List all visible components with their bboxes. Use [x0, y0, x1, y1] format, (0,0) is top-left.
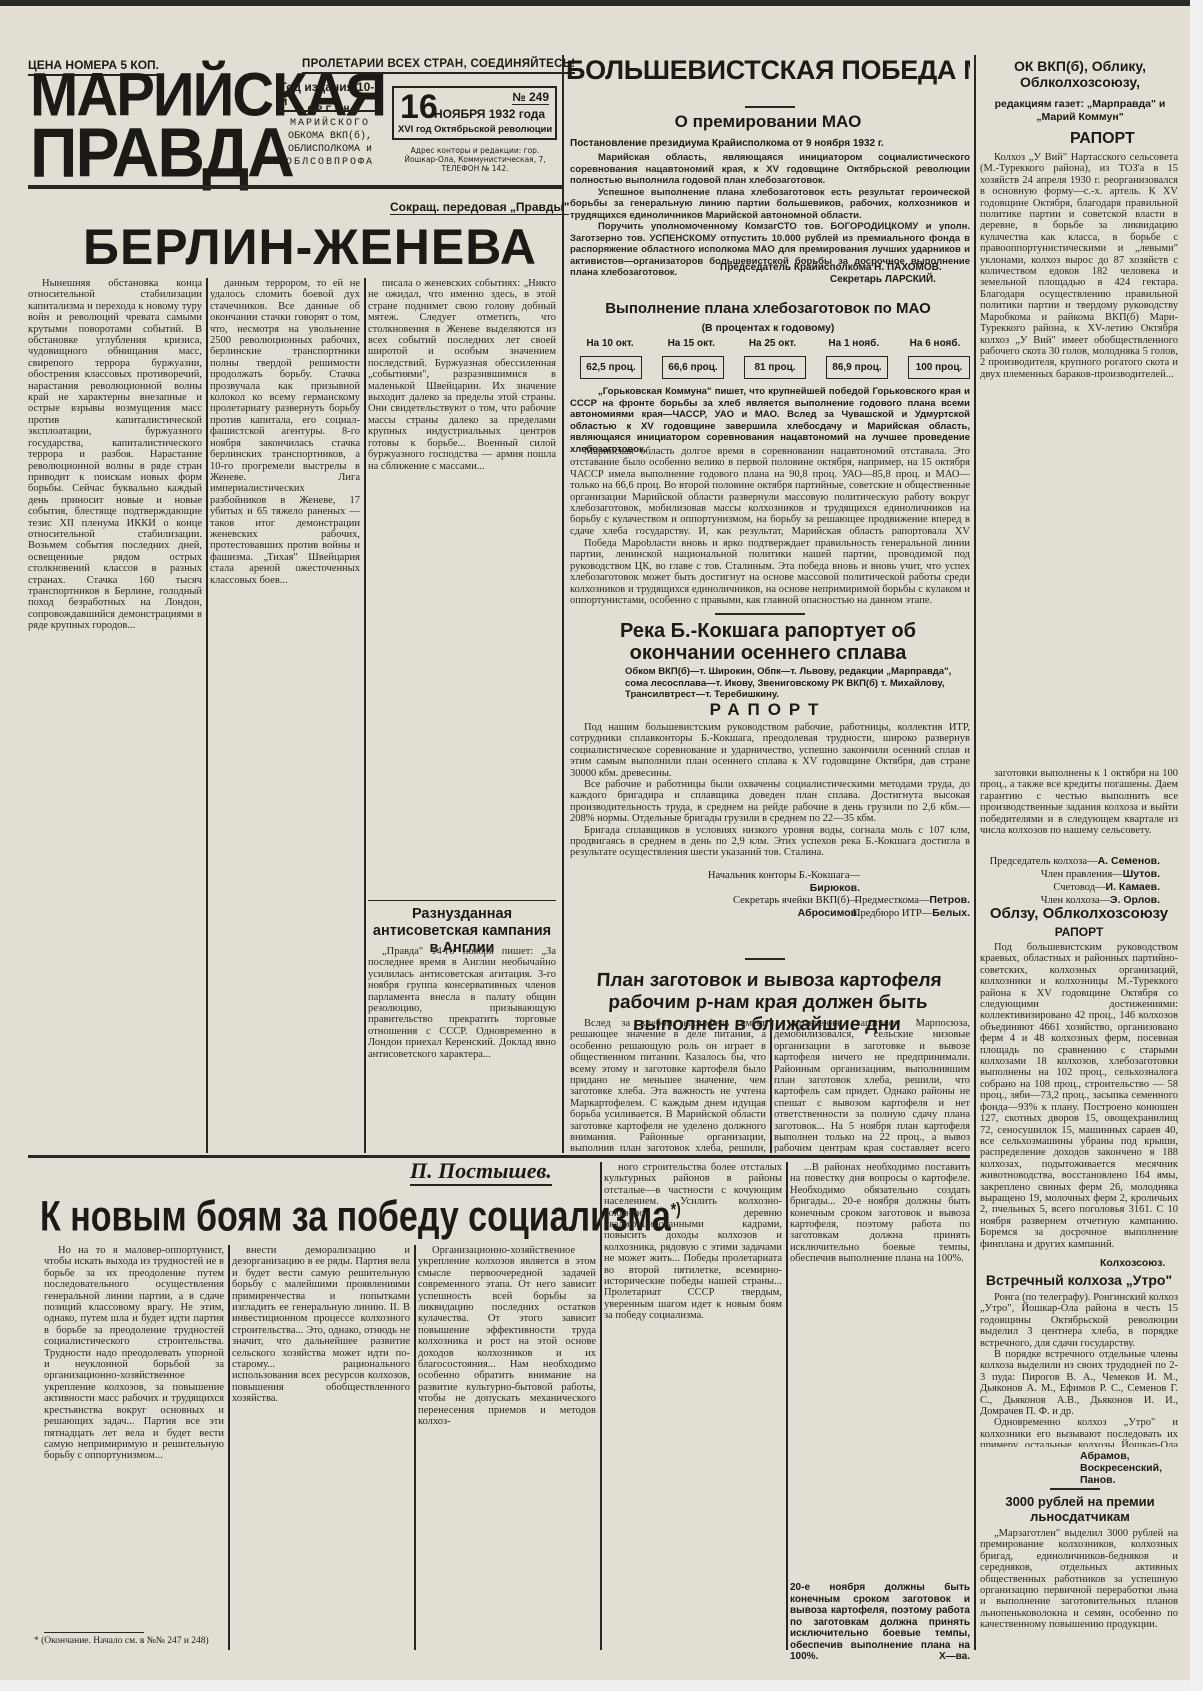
plan-date: На 25 окт. [738, 338, 808, 349]
column-rule [770, 1018, 772, 1153]
paragraph: „Марзаготлен" выделил 3000 рублей на пре… [980, 1528, 1178, 1631]
berlin-col-2: данным террором, то ей не удалось сломит… [210, 278, 360, 1148]
organ-line: ОБЛИСПОЛКОМА и [280, 143, 380, 156]
rapport-heading-2: РАПОРТ [980, 925, 1178, 939]
postyshev-headline: К новым боям за победу социализма*) [40, 1193, 681, 1242]
sig-role: Член правления— [1041, 869, 1123, 880]
potato-col-1: Вслед за хлебом картофель имеет решающее… [570, 1018, 766, 1153]
signature-line: Председатель колхоза—А. Семенов. [980, 855, 1160, 868]
paragraph: писала о женевских событиях: „Никто не о… [368, 278, 556, 472]
paragraph: Под нашим большевистским руководством ра… [570, 722, 970, 779]
newspaper-title: МАРИЙСКАЯ ПРАВДА [30, 69, 265, 182]
sig-role: Счетовод— [1053, 882, 1105, 893]
scan-top-edge [0, 0, 1203, 6]
footnote-rule [44, 1632, 144, 1633]
signature: Х—ва. [939, 1651, 970, 1663]
paragraph: Победа Марobласти вновь и ярко подтвержд… [570, 538, 970, 606]
column-rule [206, 278, 208, 1153]
organ-line: ОБКОМА ВКП(б), [280, 130, 380, 143]
paragraph: „Горьковская Коммуна" пишет, что крупней… [570, 386, 970, 455]
plan-values-row: 62,5 проц. 66,6 проц. 81 проц. 86,9 проц… [580, 356, 970, 379]
decree-text: Марийская область, являющаяся инициаторо… [570, 152, 970, 279]
right-top-addressees: ОК ВКП(б), Облику, Облколхозсоюзу, [980, 58, 1180, 90]
footnote: * (Окончание. Начало см. в №№ 247 и 248) [34, 1636, 209, 1646]
paragraph: ...В районах необходимо поставить на пов… [790, 1162, 970, 1265]
date-day: 16 [400, 88, 438, 127]
postyshev-col-1: Но на то я маловер-оппортунист, чтобы ис… [44, 1245, 224, 1625]
paragraph: Вслед за хлебом картофель имеет решающее… [570, 1018, 766, 1153]
paragraph: Марийская область, являющаяся инициаторо… [570, 152, 970, 187]
kokshaga-rapport: РАПОРТ [566, 700, 970, 720]
gorky-para-2: Марийская область долгое время в соревно… [570, 446, 970, 536]
scan-right-edge [1190, 0, 1203, 1691]
paragraph: Но на то я маловер-оппортунист, чтобы ис… [44, 1245, 224, 1462]
slogan: ПРОЛЕТАРИИ ВСЕХ СТРАН, СОЕДИНЯЙТЕСЬ! [302, 58, 575, 74]
organ-line: МАРИЙСКОГО [280, 117, 380, 130]
paragraph: Бригада сплавщиков в условиях низкого ур… [570, 825, 970, 859]
column-rule [600, 1162, 602, 1650]
date-month-year: НОЯБРЯ 1932 года [434, 107, 545, 121]
utro-title: Встречный колхоза „Утро" [980, 1272, 1178, 1288]
paragraph: Организационно-хозяйственное укрепление … [418, 1245, 596, 1428]
plan-value: 62,5 проц. [580, 356, 642, 379]
postyshev-col-2: внести деморализацию и дезорганизацию в … [232, 1245, 410, 1650]
address-line: Йошкар-Ола, Коммунистическая, 7, [390, 155, 560, 164]
anglia-text: „Правда" 14-го ноября пишет: „За последн… [368, 946, 556, 1154]
signature-line: Панов. [1080, 1474, 1162, 1486]
postyshev-col-4: ного строительства более отсталых культу… [604, 1162, 782, 1650]
address-line: ТЕЛЕФОН № 142. [390, 164, 560, 173]
plan-date: На 1 нояб. [819, 338, 889, 349]
signature-line: Предбюро ИТР—Белых. [760, 907, 970, 920]
berlin-col-3-tail [368, 860, 556, 900]
main-column-rule [562, 55, 564, 1153]
kokshaga-text: Под нашим большевистским руководством ра… [570, 722, 970, 870]
berlin-col-1: Нынешняя обстановка конца относительной … [28, 278, 202, 1183]
postyshev-author: П. Постышев. [410, 1158, 552, 1186]
berlin-col-3: писала о женевских событиях: „Никто не о… [368, 278, 556, 858]
organ-line: ОБЛСОВПРОФА [280, 156, 380, 169]
signature-line: Член правления—Шутов. [980, 868, 1160, 881]
sig-role: Предместкома— [855, 895, 930, 906]
rapport-heading-1: РАПОРТ [1070, 130, 1135, 148]
potato-closing: 20-е ноября должны быть конечным сроком … [790, 1582, 970, 1663]
headline-text: К новым боям за победу социализма [40, 1193, 671, 1241]
column-rule [364, 278, 366, 1153]
column-rule [228, 1245, 230, 1650]
rapport-2-text: Под большевистским руководством краевых,… [980, 942, 1178, 1255]
date-box: 16 № 249 НОЯБРЯ 1932 года XVI год Октябр… [392, 86, 557, 140]
paragraph: Марийская область долгое время в соревно… [570, 446, 970, 536]
berlin-source: Сокращ. передовая „Правды" [390, 200, 569, 215]
short-rule [745, 106, 795, 108]
plan-date: На 6 нояб. [900, 338, 970, 349]
paragraph: „Правда" 14-го ноября пишет: „За последн… [368, 946, 556, 1060]
issue-number: № 249 [512, 90, 549, 105]
plan-date: На 10 окт. [575, 338, 645, 349]
potato-col-3: ...В районах необходимо поставить на пов… [790, 1162, 970, 1580]
paragraph: внести деморализацию и дезорганизацию в … [232, 1245, 410, 1405]
kokshaga-signatures-2: Предместкома—Петров. Предбюро ИТР—Белых. [760, 894, 970, 920]
sig-role: Председатель колхоза— [990, 856, 1098, 867]
postyshev-col-3: Организационно-хозяйственное укрепление … [418, 1245, 596, 1650]
closing-text: 20-е ноября должны быть конечным сроком … [790, 1582, 970, 1662]
paragraph: Все рабочие и работницы были охвачены со… [570, 779, 970, 825]
address-line: Адрес конторы и редакции: гор. [390, 146, 560, 155]
sig-name: Петров. [929, 894, 970, 906]
sig-name: И. Камаев. [1106, 881, 1160, 893]
paragraph: Успешное выполнение плана хлебозаготовок… [570, 187, 970, 222]
gorky-bold-para: „Горьковская Коммуна" пишет, что крупней… [570, 386, 970, 455]
paragraph: Одновременно колхоз „Утро" и колхозники … [980, 1417, 1178, 1447]
utro-signatures: Абрамов, Воскресенский, Панов. [1080, 1450, 1162, 1486]
short-rule [745, 958, 785, 960]
right-column-rule [974, 55, 976, 1650]
sig-name: Шутов. [1123, 868, 1160, 880]
paragraph: Под большевистским руководством краевых,… [980, 942, 1178, 1250]
right-top-papers: редакциям газет: „Марправда" и „Марий Ко… [980, 98, 1180, 124]
plan-value: 86,9 проц. [826, 356, 888, 379]
plan-value: 66,6 проц. [662, 356, 724, 379]
signature-line: Предместкома—Петров. [760, 894, 970, 907]
section-rule [715, 613, 805, 615]
revolution-year: XVI год Октябрьской революции [398, 124, 552, 135]
flax-text: „Марзаготлен" выделил 3000 рублей на пре… [980, 1528, 1178, 1638]
signature-line: Счетовод—И. Камаев. [980, 881, 1160, 894]
signature-chairman: Председатель Крайисполкома Н. ПАХОМОВ. [720, 262, 942, 273]
paragraph: ного строительства более отсталых культу… [604, 1162, 782, 1322]
rapport-1-signatures: Председатель колхоза—А. Семенов. Член пр… [980, 855, 1160, 907]
sig-name: Белых. [932, 907, 970, 919]
sig-name: Бирюков. [810, 882, 860, 894]
decree-line: Постановление президиума Крайисполкома о… [570, 138, 970, 149]
scan-bottom-edge [0, 1680, 1203, 1691]
title-line-2: ПРАВДА [30, 122, 265, 183]
signature-line: Абрамов, [1080, 1450, 1162, 1462]
mao-headline: БОЛЬШЕВИСТСКАЯ ПОБЕДА МАО [566, 55, 970, 86]
newspaper-page: ЦЕНА НОМЕРА 5 КОП. МАРИЙСКАЯ ПРАВДА ПРОЛ… [0, 0, 1203, 1691]
short-rule [1050, 1488, 1100, 1490]
signature-line: Начальник конторы Б.-Кокшага—Бирюков. [690, 870, 860, 895]
signature-secretary: Секретарь ЛАРСКИЙ. [830, 274, 936, 285]
plan-value: 81 проц. [744, 356, 806, 379]
signature-line: Воскресенский, [1080, 1462, 1162, 1474]
plan-value: 100 проц. [908, 356, 970, 379]
gorky-para-3: Победа Марobласти вновь и ярко подтвержд… [570, 538, 970, 606]
plan-date: На 15 окт. [656, 338, 726, 349]
berlin-headline: БЕРЛИН-ЖЕНЕВА [60, 218, 560, 276]
section-rule [368, 900, 556, 901]
rapport-2-signature: Колхозсоюз. [1100, 1257, 1165, 1269]
paragraph: данным террором, то ей не удалось сломит… [210, 278, 360, 586]
rapport-1-text: Колхоз „У Вий" Нартасского сельсовета (М… [980, 152, 1178, 768]
sig-role: Предбюро ИТР— [853, 908, 932, 919]
sig-role: Начальник конторы Б.-Кокшага— [708, 870, 860, 881]
paragraph: заготовки выполнены к 1 октября на 100 п… [980, 768, 1178, 836]
rapport-1-tail: заготовки выполнены к 1 октября на 100 п… [980, 768, 1178, 846]
premium-title: О премировании МАО [566, 112, 970, 132]
flax-title: 3000 рублей на премии льносдатчикам [982, 1494, 1178, 1524]
paragraph: управления заготовок Марпосюза, демобили… [774, 1018, 970, 1153]
paragraph: Ронга (по телеграфу). Ронгинский колхоз … [980, 1292, 1178, 1349]
column-rule [786, 1162, 788, 1650]
address-block: Адрес конторы и редакции: гор. Йошкар-Ол… [390, 146, 560, 173]
masthead-rule [28, 185, 563, 189]
kokshaga-headline: Река Б.-Кокшага рапортует об окончании о… [566, 620, 970, 664]
plan-dates-row: На 10 окт. На 15 окт. На 25 окт. На 1 но… [575, 338, 970, 349]
plan-subtitle: (В процентах к годовому) [566, 322, 970, 334]
oblzu-title: Облзу, Облколхозсоюзу [980, 905, 1178, 922]
organ-label: ОРГАН [280, 104, 380, 117]
plan-title: Выполнение плана хлебозаготовок по МАО [566, 300, 970, 317]
paragraph: В порядке встречного отдельные члены кол… [980, 1349, 1178, 1417]
kokshaga-addressees: Обком ВКП(б)—т. Широкин, Обпк—т. Львову,… [625, 666, 970, 701]
organ-block: ОРГАН МАРИЙСКОГО ОБКОМА ВКП(б), ОБЛИСПОЛ… [280, 104, 380, 169]
paragraph: Нынешняя обстановка конца относительной … [28, 278, 202, 632]
utro-text: Ронга (по телеграфу). Ронгинский колхоз … [980, 1292, 1178, 1447]
potato-col-2: управления заготовок Марпосюза, демобили… [774, 1018, 970, 1153]
paragraph: Колхоз „У Вий" Нартасского сельсовета (М… [980, 152, 1178, 380]
column-rule [414, 1245, 416, 1650]
sig-name: А. Семенов. [1098, 855, 1160, 867]
